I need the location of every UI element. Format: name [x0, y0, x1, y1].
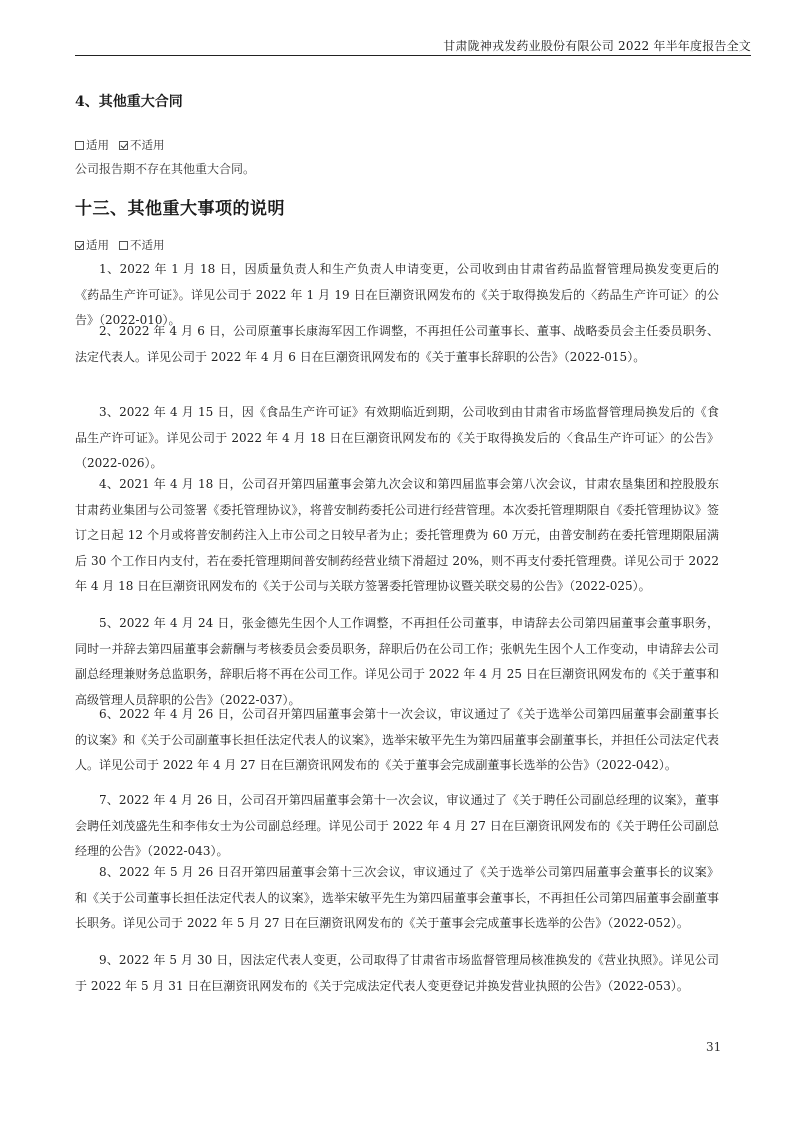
- applicable-label: 适用: [86, 138, 109, 152]
- applicability-options-matters: 适用不适用: [75, 237, 165, 253]
- not-applicable-label: 不适用: [130, 138, 165, 152]
- applicable-label: 适用: [86, 238, 109, 252]
- contracts-statement: 公司报告期不存在其他重大合同。: [75, 160, 255, 177]
- checkbox-applicable-checked-icon: [75, 241, 84, 250]
- matter-item-4: 4、2021 年 4 月 18 日，公司召开第四届董事会第九次会议和第四届监事会…: [75, 472, 719, 600]
- matter-item-7: 7、2022 年 4 月 26 日，公司召开第四届董事会第十一次会议，审议通过了…: [75, 788, 719, 865]
- page-header: 甘肃陇神戎发药业股份有限公司 2022 年半年度报告全文: [0, 0, 793, 58]
- matter-item-5: 5、2022 年 4 月 24 日，张金德先生因个人工作调整，不再担任公司董事，…: [75, 611, 719, 713]
- section-heading-other-major-contracts: 4、其他重大合同: [75, 91, 183, 111]
- matter-item-9: 9、2022 年 5 月 30 日，因法定代表人变更，公司取得了甘肃省市场监督管…: [75, 948, 719, 999]
- checkbox-not-applicable-checked-icon: [119, 141, 128, 150]
- checkbox-applicable-unchecked-icon: [75, 141, 84, 150]
- matter-item-8: 8、2022 年 5 月 26 日召开第四届董事会第十三次会议，审议通过了《关于…: [75, 860, 719, 937]
- matter-item-2: 2、2022 年 4 月 6 日，公司原董事长康海军因工作调整，不再担任公司董事…: [75, 319, 719, 370]
- applicability-options-contracts: 适用不适用: [75, 137, 165, 153]
- checkbox-not-applicable-unchecked-icon: [119, 241, 128, 250]
- header-divider: [75, 55, 751, 56]
- page-number: 31: [706, 1040, 721, 1054]
- matter-item-6: 6、2022 年 4 月 26 日，公司召开第四届董事会第十一次会议，审议通过了…: [75, 702, 719, 779]
- matter-item-3: 3、2022 年 4 月 15 日，因《食品生产许可证》有效期临近到期，公司收到…: [75, 400, 719, 477]
- section-heading-other-major-matters: 十三、其他重大事项的说明: [75, 194, 285, 219]
- not-applicable-label: 不适用: [130, 238, 165, 252]
- report-title: 甘肃陇神戎发药业股份有限公司 2022 年半年度报告全文: [443, 37, 751, 54]
